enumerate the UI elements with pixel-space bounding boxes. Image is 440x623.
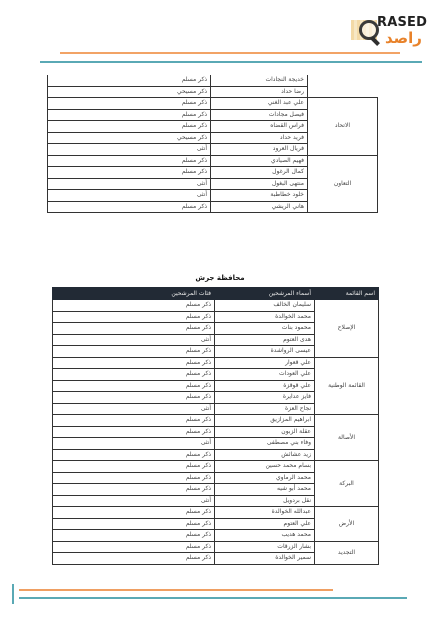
party-name-cell: القائمة الوطنية [315, 357, 379, 415]
candidate-name-cell: عقلة الزبون [215, 426, 315, 438]
candidate-category-cell: ذكر مسلم [48, 75, 211, 86]
candidate-name-cell: سمير الخوالدة [215, 553, 315, 565]
candidate-category-cell: أنثى [53, 403, 215, 415]
table-row: الاتحادعلي عبد الغنيذكر مسلم [48, 98, 378, 110]
candidate-category-cell: ذكر مسلم [53, 415, 215, 427]
candidate-category-cell: ذكر مسلم [53, 507, 215, 519]
candidate-category-cell: ذكر مسلم [48, 109, 211, 121]
candidate-name-cell: وفاء بني مصطفى [215, 438, 315, 450]
table1-body: خديجة النجاداتذكر مسلمرضا حدادذكر مسيحيا… [48, 75, 378, 213]
candidate-name-cell: ابراهيم المزازيق [215, 415, 315, 427]
candidate-name-cell: سليمان الخالف [215, 300, 315, 312]
candidate-category-cell: ذكر مسلم [53, 392, 215, 404]
candidate-category-cell: أنثى [53, 438, 215, 450]
candidate-name-cell: علي العودات [215, 369, 315, 381]
governorate-title: محافظة جرش [150, 274, 290, 282]
candidate-name-cell: محمود بنات [215, 323, 315, 335]
table-row: الإصلاحسليمان الخالفذكر مسلم [53, 300, 379, 312]
candidate-name-cell: بسام محمد حسين [215, 461, 315, 473]
party-name-cell: التعاون [308, 155, 378, 213]
candidate-category-cell: ذكر مسلم [48, 121, 211, 133]
candidate-name-cell: كمال الرغول [211, 167, 308, 179]
candidate-name-cell: فايز عدايرة [215, 392, 315, 404]
footer-divider-teal [19, 597, 407, 599]
candidate-name-cell: علي قعوار [215, 357, 315, 369]
candidate-category-cell: ذكر مسلم [48, 201, 211, 213]
logo-text-en: RASED [377, 15, 427, 30]
candidate-name-cell: عبدالله الخوالدة [215, 507, 315, 519]
candidate-name-cell: بشار الزرقات [215, 541, 315, 553]
candidate-category-cell: ذكر مسلم [53, 530, 215, 542]
candidate-category-cell: ذكر مسلم [53, 484, 215, 496]
party-name-cell: الأصالة [315, 415, 379, 461]
table-row: التجديدبشار الزرقاتذكر مسلم [53, 541, 379, 553]
header-divider-teal [40, 61, 422, 63]
table-row: خديجة النجاداتذكر مسلم [48, 75, 378, 86]
candidate-category-cell: ذكر مسلم [53, 541, 215, 553]
candidate-name-cell: رضا حداد [211, 86, 308, 98]
header-category: فئات المرشحين [53, 288, 215, 300]
table-row: الأصالةابراهيم المزازيقذكر مسلم [53, 415, 379, 427]
logo-text-ar: راصد [385, 29, 422, 47]
candidate-category-cell: ذكر مسلم [53, 449, 215, 461]
candidate-category-cell: ذكر مسلم [53, 369, 215, 381]
candidates-table-continued: خديجة النجاداتذكر مسلمرضا حدادذكر مسيحيا… [47, 75, 378, 213]
candidate-name-cell: خلود خطاطبة [211, 190, 308, 202]
footer-accent-bar [12, 584, 14, 604]
candidates-table-jerash: اسم القائمة أسماء المرشحين فئات المرشحين… [52, 287, 379, 565]
table-row: التعاونفهيم الصياديذكر مسلم [48, 155, 378, 167]
party-name-cell [308, 75, 378, 98]
candidate-name-cell: فريال العرود [211, 144, 308, 156]
candidate-name-cell: هدى العتوم [215, 334, 315, 346]
party-name-cell: البركة [315, 461, 379, 507]
candidate-category-cell: ذكر مسلم [53, 518, 215, 530]
candidate-name-cell: خديجة النجادات [211, 75, 308, 86]
candidate-name-cell: محمد الرماوي [215, 472, 315, 484]
rased-logo: RASED راصد [345, 14, 425, 48]
candidate-category-cell: ذكر مسلم [53, 346, 215, 358]
header-divider-orange [60, 52, 400, 54]
candidate-name-cell: نجاح العزة [215, 403, 315, 415]
candidate-category-cell: ذكر مسلم [53, 300, 215, 312]
candidate-category-cell: ذكر مسيحي [48, 132, 211, 144]
candidate-name-cell: محمد هديب [215, 530, 315, 542]
candidate-category-cell: ذكر مسلم [53, 553, 215, 565]
candidate-name-cell: علي قوقزة [215, 380, 315, 392]
candidate-category-cell: ذكر مسلم [53, 357, 215, 369]
candidate-category-cell: ذكر مسلم [53, 426, 215, 438]
candidate-category-cell: أنثى [53, 495, 215, 507]
table-row: الأرضعبدالله الخوالدةذكر مسلم [53, 507, 379, 519]
candidate-name-cell: علي العتوم [215, 518, 315, 530]
candidate-name-cell: محمد أبو شيه [215, 484, 315, 496]
footer-divider-orange [19, 589, 333, 591]
candidate-category-cell: ذكر مسلم [48, 98, 211, 110]
candidate-name-cell: عيسى الرواشدة [215, 346, 315, 358]
party-name-cell: الاتحاد [308, 98, 378, 156]
party-name-cell: الإصلاح [315, 300, 379, 358]
table-row: البركةبسام محمد حسينذكر مسلم [53, 461, 379, 473]
candidate-category-cell: ذكر مسلم [48, 155, 211, 167]
magnifier-handle-icon [370, 36, 380, 46]
candidate-name-cell: فريد حداد [211, 132, 308, 144]
candidate-name-cell: علي عبد الغني [211, 98, 308, 110]
candidate-category-cell: ذكر مسيحي [48, 86, 211, 98]
candidate-category-cell: أنثى [48, 178, 211, 190]
candidate-category-cell: ذكر مسلم [53, 323, 215, 335]
candidate-category-cell: ذكر مسلم [48, 167, 211, 179]
candidate-name-cell: زيد عشائش [215, 449, 315, 461]
candidate-category-cell: ذكر مسلم [53, 472, 215, 484]
table-row: القائمة الوطنيةعلي قعوارذكر مسلم [53, 357, 379, 369]
candidate-category-cell: أنثى [53, 334, 215, 346]
magnifier-icon [359, 20, 379, 40]
candidate-name-cell: هاني الريشي [211, 201, 308, 213]
party-name-cell: الأرض [315, 507, 379, 542]
party-name-cell: التجديد [315, 541, 379, 564]
candidate-category-cell: ذكر مسلم [53, 380, 215, 392]
candidate-name-cell: نقل بردويل [215, 495, 315, 507]
table-header-row: اسم القائمة أسماء المرشحين فئات المرشحين [53, 288, 379, 300]
candidate-name-cell: فهيم الصيادي [211, 155, 308, 167]
candidate-name-cell: محمد الخوالدة [215, 311, 315, 323]
candidate-name-cell: فيصل مجادات [211, 109, 308, 121]
candidate-name-cell: منتهى البغول [211, 178, 308, 190]
candidate-category-cell: ذكر مسلم [53, 461, 215, 473]
candidate-category-cell: أنثى [48, 190, 211, 202]
table2-body: الإصلاحسليمان الخالفذكر مسلممحمد الخوالد… [53, 300, 379, 565]
header-names: أسماء المرشحين [215, 288, 315, 300]
candidate-name-cell: فراس القضاه [211, 121, 308, 133]
header-party: اسم القائمة [315, 288, 379, 300]
candidate-category-cell: أنثى [48, 144, 211, 156]
candidate-category-cell: ذكر مسلم [53, 311, 215, 323]
